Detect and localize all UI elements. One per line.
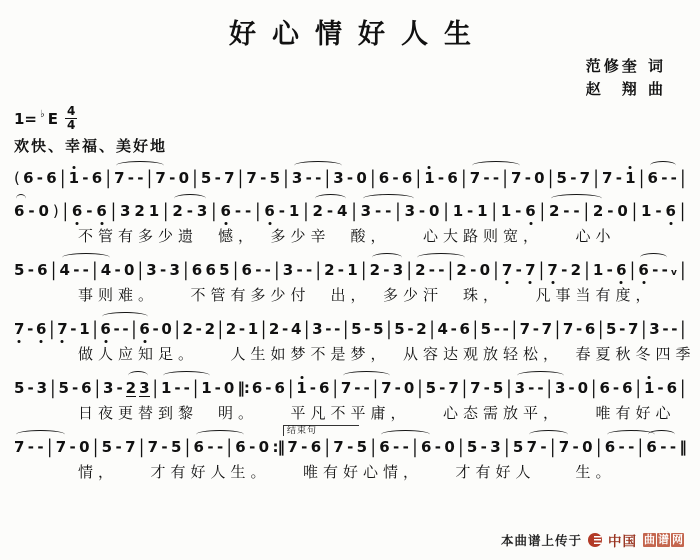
note: 1 bbox=[201, 381, 211, 397]
site-name-primary: 中国 bbox=[608, 530, 637, 550]
barline: | bbox=[185, 438, 190, 457]
note: 6 bbox=[252, 381, 262, 397]
score-symbol: - bbox=[265, 263, 271, 279]
score-symbol: - bbox=[375, 204, 381, 220]
score-symbol: - bbox=[28, 204, 34, 220]
octave-dot-below bbox=[224, 222, 227, 225]
barline: | bbox=[218, 320, 223, 339]
score-symbol: ‖: bbox=[237, 381, 249, 397]
note: 5 bbox=[513, 440, 523, 456]
barline: | bbox=[584, 261, 589, 280]
barline: | bbox=[539, 261, 544, 280]
note: 1 bbox=[424, 171, 434, 187]
score-symbol: - bbox=[657, 381, 663, 397]
score-symbol: - bbox=[73, 263, 79, 279]
note: 7 bbox=[14, 440, 24, 456]
barline: | bbox=[547, 378, 552, 397]
note: 6 bbox=[242, 263, 252, 279]
note: 6 bbox=[81, 381, 91, 397]
note: 7 bbox=[542, 322, 552, 338]
note: 1 bbox=[79, 322, 89, 338]
note: 2 bbox=[226, 322, 236, 338]
barline: | bbox=[325, 438, 330, 457]
note: 2 bbox=[593, 204, 603, 220]
barline: | bbox=[192, 168, 197, 187]
score-symbol: - bbox=[72, 381, 78, 397]
note: 3 bbox=[361, 204, 371, 220]
note: 6 bbox=[665, 204, 675, 220]
barline: | bbox=[540, 202, 545, 221]
note: 6 bbox=[100, 322, 110, 338]
octave-dot-below bbox=[506, 281, 509, 284]
barline: | bbox=[596, 438, 601, 457]
barline: | bbox=[406, 261, 411, 280]
barline: | bbox=[412, 438, 417, 457]
note: 5 bbox=[201, 171, 211, 187]
score-symbol: - bbox=[419, 204, 425, 220]
tie-slur-arc bbox=[650, 161, 677, 170]
barline: | bbox=[504, 438, 509, 457]
note: 5 bbox=[373, 322, 383, 338]
note: 6 bbox=[139, 322, 149, 338]
note: 6 bbox=[402, 171, 412, 187]
note: 5 bbox=[59, 381, 69, 397]
score-symbol: - bbox=[174, 381, 180, 397]
barline: | bbox=[361, 261, 366, 280]
barline: | bbox=[303, 202, 308, 221]
tempo-marking: 欢快、幸福、美好地 bbox=[14, 135, 700, 156]
score-symbol: - bbox=[573, 204, 579, 220]
score-symbol: ( bbox=[14, 171, 20, 187]
barline: | bbox=[183, 261, 188, 280]
tie-slur-arc bbox=[472, 161, 520, 170]
note: 5 bbox=[351, 322, 361, 338]
note: 0 bbox=[429, 204, 439, 220]
score-symbol: - bbox=[503, 322, 509, 338]
lyric-line: 做人应知足。 人生如梦不是梦， 从容达观放轻松， 春夏秋冬四季景， bbox=[78, 343, 690, 364]
note: 6 bbox=[638, 263, 648, 279]
note: 3 bbox=[120, 204, 130, 220]
note: 3 bbox=[312, 322, 322, 338]
note: 7 bbox=[559, 440, 569, 456]
tie-slur-arc bbox=[417, 253, 465, 262]
score-symbol: - bbox=[364, 322, 370, 338]
note: 6 bbox=[379, 171, 389, 187]
note: 6 bbox=[235, 440, 245, 456]
note: 2 bbox=[370, 263, 380, 279]
barline: | bbox=[443, 202, 448, 221]
note: 6 bbox=[421, 440, 431, 456]
note: 2 bbox=[571, 263, 581, 279]
octave-dot-above bbox=[428, 166, 431, 169]
score-symbol: - bbox=[607, 263, 613, 279]
tie-slur-arc bbox=[517, 371, 564, 380]
octave-dot-above bbox=[629, 166, 632, 169]
barline: | bbox=[211, 202, 216, 221]
music-line: 7-6|7-1|6--|6-0|2-2|2-1|2-4|3--|5-5|5-2|… bbox=[14, 309, 686, 343]
note: 2 bbox=[269, 322, 279, 338]
score-symbol: - bbox=[533, 322, 539, 338]
score-symbol: - bbox=[161, 440, 167, 456]
note: 6 bbox=[311, 440, 321, 456]
score-symbol: - bbox=[607, 204, 613, 220]
barline: | bbox=[502, 168, 507, 187]
note: 1 bbox=[477, 204, 487, 220]
score-symbol: - bbox=[662, 322, 668, 338]
note: 5 bbox=[557, 171, 567, 187]
score-symbol: - bbox=[671, 171, 677, 187]
score-symbol: - bbox=[385, 204, 391, 220]
note: 7 bbox=[520, 322, 530, 338]
note: 2 bbox=[415, 263, 425, 279]
score-symbol: - bbox=[306, 263, 312, 279]
score-symbol: - bbox=[652, 263, 658, 279]
score-symbol: - bbox=[616, 171, 622, 187]
note: 6 bbox=[36, 322, 46, 338]
note: 7 bbox=[547, 263, 557, 279]
tie-slur-arc bbox=[174, 194, 206, 203]
barline: | bbox=[193, 378, 198, 397]
note: 3 bbox=[103, 381, 113, 397]
score-symbol: - bbox=[70, 440, 76, 456]
score-symbol: - bbox=[403, 440, 409, 456]
footer: 本曲谱上传于 中国 曲谱网 bbox=[0, 530, 700, 552]
barline: | bbox=[473, 320, 478, 339]
barline: | bbox=[255, 202, 260, 221]
tie-slur-arc bbox=[16, 430, 65, 439]
score-symbol: - bbox=[279, 204, 285, 220]
barline: | bbox=[50, 378, 55, 397]
music-line: (6-6|1-6|7--|7-0|5-7|7-5|3--|3-0|6-6|1-6… bbox=[14, 158, 686, 192]
note: 6 bbox=[46, 171, 56, 187]
barline: | bbox=[550, 438, 555, 457]
score-symbol: - bbox=[628, 440, 634, 456]
score-symbol: - bbox=[169, 171, 175, 187]
note: 1 bbox=[161, 381, 171, 397]
note: 6 bbox=[585, 322, 595, 338]
note: 7 bbox=[14, 322, 24, 338]
note: 2 bbox=[456, 263, 466, 279]
tie-slur-arc bbox=[343, 371, 390, 380]
score-symbol: - bbox=[187, 204, 193, 220]
barline: | bbox=[288, 378, 293, 397]
barline: | bbox=[174, 320, 179, 339]
note: 7 bbox=[628, 322, 638, 338]
barline: | bbox=[461, 168, 466, 187]
note: 6 bbox=[646, 440, 656, 456]
site-name-char: 曲 bbox=[643, 533, 656, 547]
score-symbol: - bbox=[82, 171, 88, 187]
barline: | bbox=[370, 168, 375, 187]
note: 5 bbox=[394, 322, 404, 338]
note: 1 bbox=[641, 204, 651, 220]
barline: | bbox=[448, 261, 453, 280]
barline: | bbox=[49, 320, 54, 339]
note: 6 bbox=[264, 204, 274, 220]
score-symbol: - bbox=[438, 263, 444, 279]
note: 6 bbox=[205, 263, 215, 279]
score-symbol: - bbox=[392, 171, 398, 187]
barline: | bbox=[93, 438, 98, 457]
note: 3 bbox=[146, 263, 156, 279]
score-symbol: - bbox=[613, 381, 619, 397]
site-name-char: 谱 bbox=[657, 533, 670, 547]
octave-dot-below bbox=[104, 340, 107, 343]
note: 2 bbox=[324, 263, 334, 279]
score-symbol: - bbox=[255, 263, 261, 279]
note: 5 bbox=[493, 381, 503, 397]
note: 0 bbox=[161, 322, 171, 338]
barline: | bbox=[462, 378, 467, 397]
score-symbol: - bbox=[670, 440, 676, 456]
note: 5 bbox=[14, 263, 24, 279]
score-symbol: - bbox=[467, 204, 473, 220]
site-logo-icon bbox=[588, 533, 602, 547]
tie-slur-arc bbox=[102, 312, 148, 321]
note: 6 bbox=[525, 204, 535, 220]
barline: | bbox=[304, 320, 309, 339]
music-line: 5-3|5-6|3-23|1--|1-0‖:6-6|1-6|7--|7-0|5-… bbox=[14, 368, 686, 403]
score-symbol: - bbox=[325, 322, 331, 338]
barline: | bbox=[555, 320, 560, 339]
score-symbol: - bbox=[301, 440, 307, 456]
score-symbol: - bbox=[470, 263, 476, 279]
note: 7 bbox=[333, 440, 343, 456]
note: 7 bbox=[125, 440, 135, 456]
barline: | bbox=[680, 261, 685, 280]
note: 7 bbox=[448, 381, 458, 397]
lyric-line: 不管有多少遗 憾， 多少辛 酸， 心大路则宽， 心小 bbox=[78, 225, 690, 246]
note: 6 bbox=[319, 381, 329, 397]
tie-slur-arc bbox=[62, 253, 110, 262]
barline: | bbox=[636, 378, 641, 397]
barline: | bbox=[386, 320, 391, 339]
barline: | bbox=[63, 202, 68, 221]
score-symbol: - bbox=[484, 381, 490, 397]
tie-slur-arc bbox=[648, 430, 676, 439]
note: 7 bbox=[525, 263, 535, 279]
note: 1 bbox=[149, 204, 159, 220]
barline: | bbox=[325, 168, 330, 187]
octave-dot-below bbox=[268, 222, 271, 225]
tie-slur-arc bbox=[16, 194, 26, 203]
barline: | bbox=[105, 168, 110, 187]
note: 7 bbox=[502, 263, 512, 279]
barline: | bbox=[315, 261, 320, 280]
score-symbol: - bbox=[540, 440, 546, 456]
score-symbol: - bbox=[196, 322, 202, 338]
score-symbol: - bbox=[537, 381, 543, 397]
note: 2 bbox=[205, 322, 215, 338]
barline: | bbox=[680, 168, 685, 187]
note: 7 bbox=[56, 440, 66, 456]
barline: | bbox=[238, 168, 243, 187]
note: 6 bbox=[379, 440, 389, 456]
note: 3 bbox=[292, 171, 302, 187]
barline: | bbox=[417, 378, 422, 397]
tie-slur-arc bbox=[372, 253, 402, 262]
score-symbol: - bbox=[160, 263, 166, 279]
barline: | bbox=[593, 168, 598, 187]
note: 4 bbox=[60, 263, 70, 279]
score-symbol: - bbox=[354, 381, 360, 397]
note: 0 bbox=[356, 171, 366, 187]
score-symbol: - bbox=[207, 440, 213, 456]
tie-slur-arc bbox=[294, 161, 342, 170]
note: 6 bbox=[447, 171, 457, 187]
note: 4 bbox=[337, 204, 347, 220]
sheet-music-page: 好心情好人生 范修奎 词 赵 翔 曲 1=♭E 4 4 欢快、幸福、美好地 (6… bbox=[0, 0, 700, 560]
note: 1 bbox=[501, 204, 511, 220]
octave-dot-above bbox=[72, 166, 75, 169]
score-symbol: - bbox=[28, 263, 34, 279]
barline: | bbox=[233, 261, 238, 280]
barline: | bbox=[641, 320, 646, 339]
note: 5 bbox=[426, 381, 436, 397]
barline: | bbox=[343, 320, 348, 339]
note: 7 bbox=[511, 171, 521, 187]
note: 0 bbox=[259, 440, 269, 456]
note: 3 bbox=[649, 322, 659, 338]
note: 6 bbox=[605, 440, 615, 456]
barline: | bbox=[680, 378, 685, 397]
score-symbol: - bbox=[662, 263, 668, 279]
score-symbol: - bbox=[239, 322, 245, 338]
octave-dot-below bbox=[100, 222, 103, 225]
score-symbol: - bbox=[576, 322, 582, 338]
barline: | bbox=[395, 202, 400, 221]
note: 5 bbox=[481, 322, 491, 338]
barline: | bbox=[506, 378, 511, 397]
score-symbol: - bbox=[86, 204, 92, 220]
meter-denominator: 4 bbox=[65, 119, 77, 132]
octave-dot-below bbox=[40, 340, 43, 343]
barline: | bbox=[111, 202, 116, 221]
score-symbol: - bbox=[655, 204, 661, 220]
score-symbol: - bbox=[481, 440, 487, 456]
score-symbol: - bbox=[618, 440, 624, 456]
barline: | bbox=[638, 438, 643, 457]
barline: | bbox=[131, 320, 136, 339]
note: 1 bbox=[296, 381, 306, 397]
lyric-line: 情， 才有好人生。 唯有好心情， 才有好人 生。 bbox=[78, 461, 690, 482]
score-symbol: - bbox=[429, 263, 435, 279]
score-symbol: ‖ bbox=[679, 440, 686, 456]
score-symbol: - bbox=[395, 381, 401, 397]
score-symbol: - bbox=[661, 171, 667, 187]
note: 6 bbox=[92, 171, 102, 187]
score-symbol: - bbox=[114, 263, 120, 279]
score-symbol: - bbox=[265, 381, 271, 397]
barline: | bbox=[458, 438, 463, 457]
tie-slur-arc bbox=[363, 194, 414, 203]
note: 4 bbox=[437, 322, 447, 338]
music-line: 6-0)|6-6|321|2-3|6--|6-1|2-4|3--|3-0|1-1… bbox=[14, 191, 686, 225]
score-symbol: - bbox=[235, 204, 241, 220]
barline: | bbox=[153, 378, 158, 397]
score: (6-6|1-6|7--|7-0|5-7|7-5|3--|3-0|6-6|1-6… bbox=[0, 158, 700, 487]
note: 7 bbox=[148, 440, 158, 456]
tie-slur-arc bbox=[640, 253, 668, 262]
tie-slur-arc bbox=[116, 161, 164, 170]
score-symbol: :‖ bbox=[272, 440, 284, 456]
score-symbol: - bbox=[113, 322, 119, 338]
lyric-line: 日夜更替到黎 明。 平凡不平庸， 心态需放平， 唯有好心 bbox=[78, 402, 690, 423]
score-symbol: - bbox=[83, 263, 89, 279]
barline: | bbox=[51, 261, 56, 280]
note: 0 bbox=[79, 440, 89, 456]
composer-credit: 赵 翔 曲 bbox=[0, 78, 666, 101]
score-symbol: - bbox=[435, 440, 441, 456]
score-symbol: - bbox=[184, 381, 190, 397]
score-symbol: - bbox=[525, 171, 531, 187]
score-symbol: - bbox=[115, 440, 121, 456]
score-symbol: - bbox=[215, 171, 221, 187]
tie-slur-arc bbox=[315, 194, 346, 203]
note: 0 bbox=[617, 204, 627, 220]
note: 6 bbox=[192, 263, 202, 279]
score-symbol: - bbox=[570, 171, 576, 187]
note: 1 bbox=[593, 263, 603, 279]
barline: | bbox=[92, 320, 97, 339]
score-symbol: - bbox=[494, 322, 500, 338]
note: 2 bbox=[549, 204, 559, 220]
note: 7 bbox=[381, 381, 391, 397]
barline: | bbox=[274, 261, 279, 280]
barline: | bbox=[512, 320, 517, 339]
note: 6 bbox=[194, 440, 204, 456]
note: 2 bbox=[172, 204, 182, 220]
note: 7 bbox=[246, 171, 256, 187]
note: 7 bbox=[155, 171, 165, 187]
note: 3 bbox=[197, 204, 207, 220]
note: 3 bbox=[515, 381, 525, 397]
barline: | bbox=[227, 438, 232, 457]
time-signature: 4 4 bbox=[65, 105, 77, 131]
score-symbol: - bbox=[310, 381, 316, 397]
note: 0 bbox=[404, 381, 414, 397]
barline: | bbox=[584, 202, 589, 221]
note: 6 bbox=[616, 263, 626, 279]
note: 7 bbox=[470, 381, 480, 397]
barline: | bbox=[373, 378, 378, 397]
lyric-line: 事则难。 不管有多少付 出， 多少汗 珠， 凡事当有度， bbox=[78, 284, 690, 305]
note: 2 bbox=[183, 322, 193, 338]
site-name-char: 网 bbox=[671, 533, 684, 547]
score-symbol: - bbox=[483, 171, 489, 187]
note: 1 bbox=[347, 263, 357, 279]
score-symbol: - bbox=[347, 440, 353, 456]
song-title: 好心情好人生 bbox=[0, 12, 700, 51]
note: 0 bbox=[179, 171, 189, 187]
site-name-secondary: 曲谱网 bbox=[643, 533, 684, 547]
note: 6 bbox=[37, 263, 47, 279]
score-symbol: - bbox=[28, 440, 34, 456]
score-symbol: - bbox=[364, 381, 370, 397]
note: 4 bbox=[291, 322, 301, 338]
score-symbol: - bbox=[116, 381, 122, 397]
octave-dot-below bbox=[642, 281, 645, 284]
tie-slur-arc bbox=[381, 430, 430, 439]
score-symbol: - bbox=[671, 322, 677, 338]
barline: | bbox=[138, 261, 143, 280]
tie-slur-arc bbox=[128, 371, 148, 380]
note: 3 bbox=[555, 381, 565, 397]
score-symbol: - bbox=[37, 440, 43, 456]
note: 0 bbox=[444, 440, 454, 456]
note: 1 bbox=[69, 171, 79, 187]
note: 6 bbox=[667, 381, 677, 397]
